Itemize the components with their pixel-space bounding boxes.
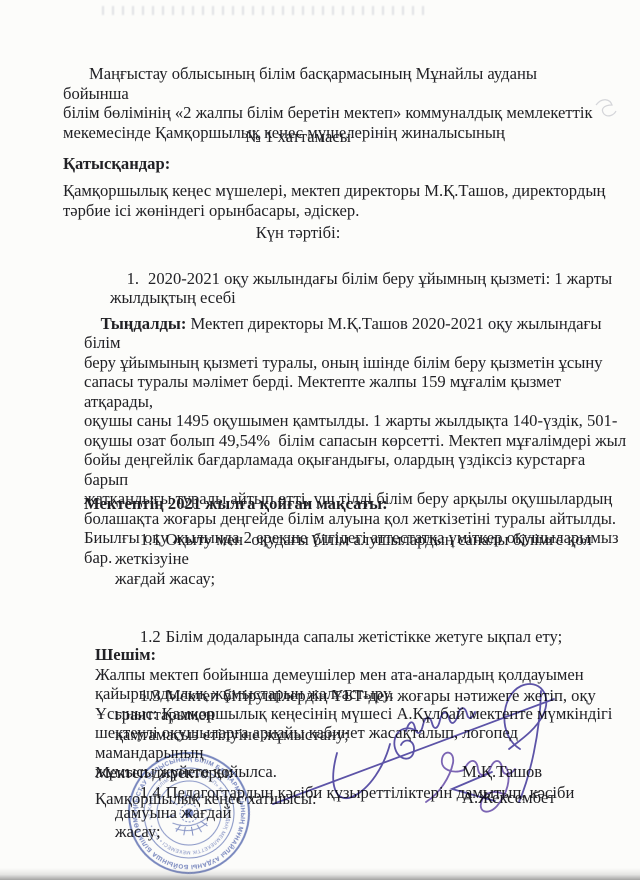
goal-number: 1.1: [140, 530, 161, 549]
school-stamp: МАҢҒЫСТАУ ОБЛЫСЫНЫҢ БІЛІМ БАСҚАРМАСЫНЫҢ …: [116, 740, 262, 880]
participants-heading: Қатысқандар:: [63, 154, 170, 174]
scanned-protocol-page: Маңғыстау облысының білім басқармасының …: [0, 0, 640, 880]
goal-number: 1.2: [140, 627, 161, 646]
heard-label: Тыңдалды:: [101, 314, 187, 333]
scan-artifact-top: [102, 6, 432, 15]
protocol-number-title: № 1 хаттамасы: [0, 127, 596, 147]
decision-text: Жалпы мектеп бойынша демеушілер мен ата-…: [95, 665, 625, 704]
participants-text: Қамқоршылық кеңес мүшелері, мектеп дирек…: [63, 181, 608, 220]
director-name: М.Қ.Ташов: [462, 762, 542, 782]
stamp-emblem: [162, 786, 215, 839]
secretary-name: А.Жексембет: [462, 788, 555, 808]
goal-text: Білім додаларында сапалы жетістікке жету…: [166, 627, 563, 646]
agenda-heading: Күн тәртібі:: [0, 223, 596, 243]
goal-text: Оқыту мен оқудағы білім алушылардың сана…: [115, 530, 596, 588]
scan-edge-bottom: [0, 868, 640, 880]
goal-item: 1.1Оқыту мен оқудағы білім алушылардың с…: [63, 510, 623, 608]
decision-heading: Шешім:: [95, 645, 625, 665]
agenda-item-number: 1.: [127, 269, 139, 288]
